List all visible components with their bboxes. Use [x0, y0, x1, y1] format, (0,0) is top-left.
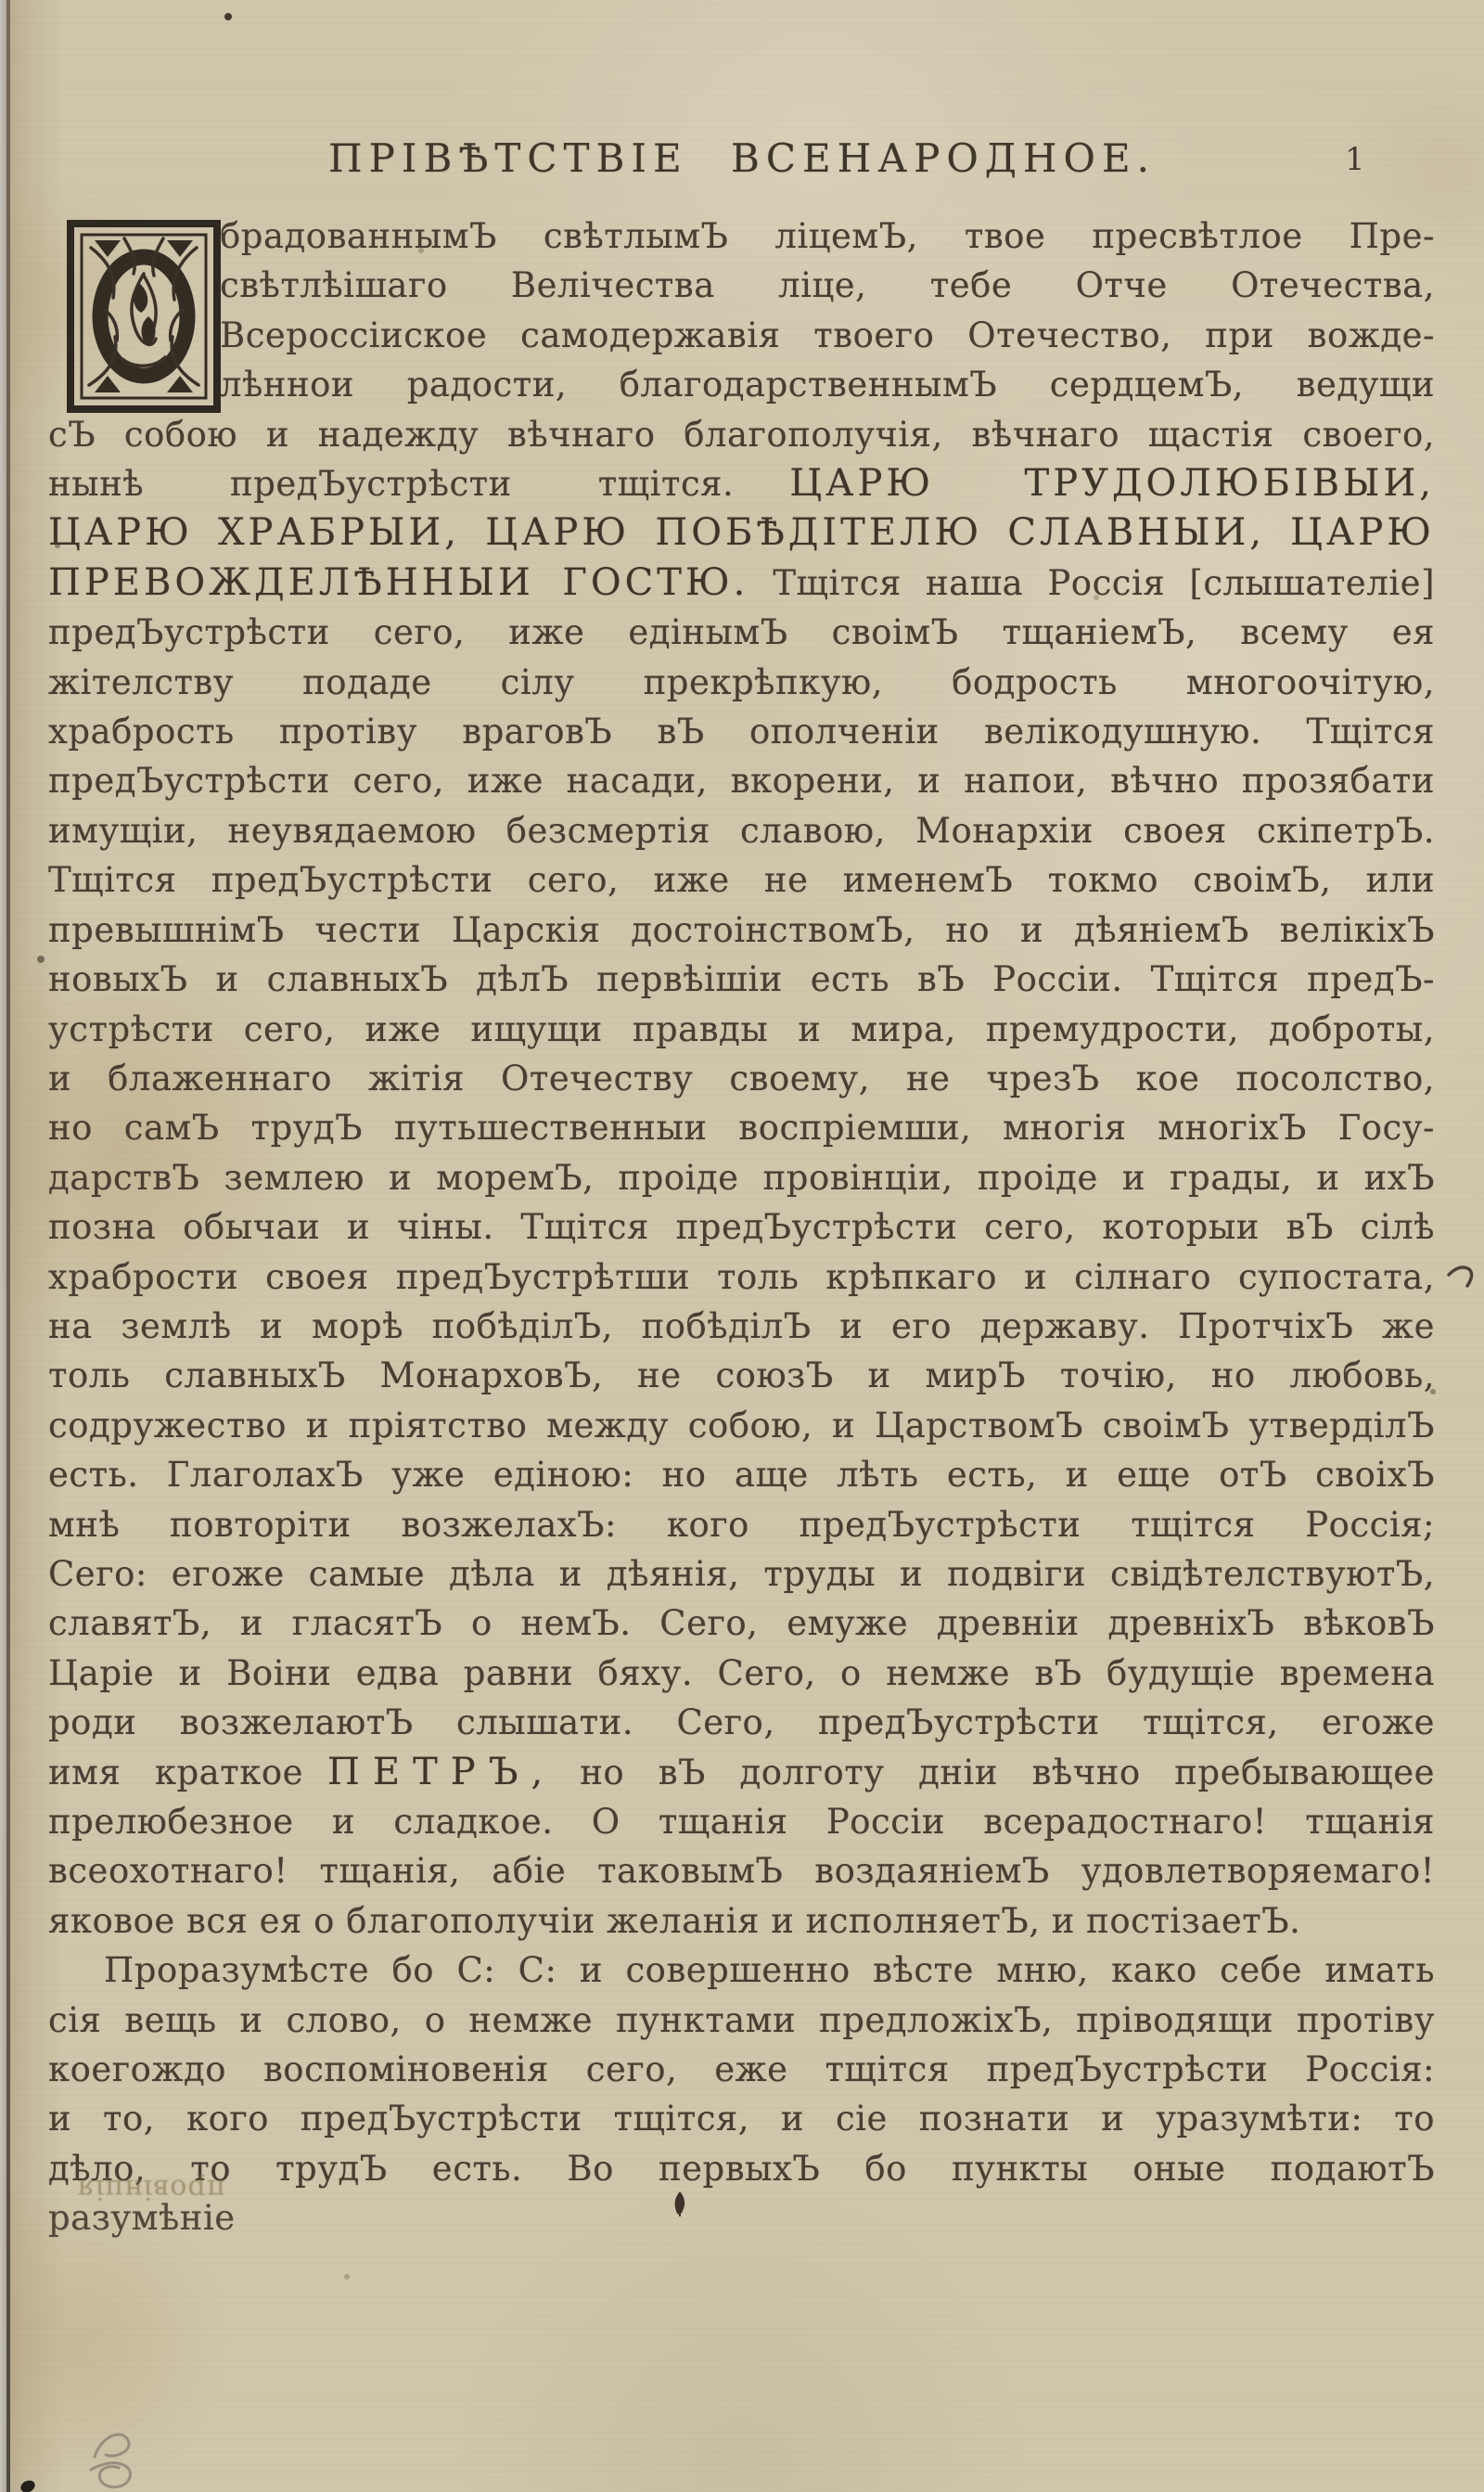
text-line: Проразумѣсте бо С: С: и совершенно вѣсте… — [104, 1946, 1435, 1995]
body-text-segment: прелюбезное и сладкое. О тщанія Россіи в… — [48, 1802, 1435, 1842]
text-line: устрѣсти сего, иже ищущи правды и мира, … — [48, 1005, 1435, 1054]
catchword: разумѣніе — [48, 2193, 1435, 2242]
body-text-segment: лѣннои радости, благодарственнымЪ сердце… — [220, 365, 1435, 405]
text-line: содружество и пріятство между собою, и Ц… — [48, 1401, 1435, 1450]
text-line: ЦАРЮ ХРАБРЫИ, ЦАРЮ ПОБѢДІТЕЛЮ СЛАВНЫИ, Ц… — [48, 508, 1435, 558]
caps-text-segment: ЦАРЮ ТРУДОЛЮБІВЫИ, — [789, 462, 1435, 505]
body-text-segment: храбрость протіву враговЪ вЪ ополченіи в… — [48, 712, 1435, 751]
body-text-segment: Всероссіиское самодержавія твоего Отечес… — [220, 315, 1435, 355]
text-line: всеохотнаго! тщанія, абіе таковымЪ возда… — [48, 1846, 1435, 1895]
body-text-segment: превышнімЪ чести Царскія достоінствомЪ, … — [48, 910, 1435, 950]
body-text-segment: жітелству подаде сілу прекрѣпкую, бодрос… — [48, 662, 1435, 702]
body-text-segment: устрѣсти сего, иже ищущи правды и мира, … — [48, 1009, 1435, 1049]
paper-specks — [0, 0, 4, 4]
body-text-segment: Сего: егоже самые дѣла и дѣянія, труды и… — [48, 1554, 1435, 1594]
ink-blot — [19, 2478, 37, 2492]
body-text-segment: свѣтлѣішаго Велічества ліце, тебе Отче О… — [220, 265, 1435, 305]
show-through-ghost-text: провінція — [76, 2173, 225, 2205]
text-line: коегождо воспоміновенія сего, еже тщітся… — [48, 2045, 1435, 2094]
page-header: ПРІВѢТСТВІЕ ВСЕНАРОДНОЕ. 1 — [0, 135, 1484, 191]
body-text-segment: имя краткое — [48, 1753, 303, 1792]
text-line: Всероссіиское самодержавія твоего Отечес… — [220, 311, 1435, 360]
body-text-segment: дарствЪ землею и моремЪ, проіде провінці… — [48, 1158, 1435, 1198]
text-line: превышнімЪ чести Царскія достоінствомЪ, … — [48, 906, 1435, 955]
body-text-segment: толь славныхЪ МонарховЪ, не союзЪ и мирЪ… — [48, 1355, 1435, 1395]
text-line: и блаженнаго жітія Отечеству своему, не … — [48, 1054, 1435, 1103]
body-text-segment: всеохотнаго! тщанія, абіе таковымЪ возда… — [48, 1851, 1435, 1891]
text-line: жітелству подаде сілу прекрѣпкую, бодрос… — [48, 658, 1435, 707]
page-title: ПРІВѢТСТВІЕ ВСЕНАРОДНОЕ. — [0, 135, 1484, 181]
body-text-segment: Тщітся предЪустрѣсти сего, иже не именем… — [48, 860, 1435, 900]
body-text-segment: храбрости своея предЪустрѣтши толь крѣпк… — [48, 1257, 1435, 1297]
text-line: роди возжелаютЪ слышати. Сего, предЪустр… — [48, 1698, 1435, 1747]
text-line: и то, кого предЪустрѣсти тщітся, и сіе п… — [48, 2094, 1435, 2143]
body-text-segment: брадованнымЪ свѣтлымЪ ліцемЪ, твое пресв… — [220, 216, 1435, 256]
body-text-segment: роди возжелаютЪ слышати. Сего, предЪустр… — [48, 1702, 1435, 1742]
text-line: Сего: егоже самые дѣла и дѣянія, труды и… — [48, 1549, 1435, 1599]
caps-text-segment: ПЕТРЪ, — [327, 1751, 556, 1793]
body-text-segment: позна обычаи и чіны. Тщітся предЪустрѣст… — [48, 1207, 1435, 1247]
body-text-segment: дѣло, то трудЪ есть. Во первыхЪ бо пункт… — [48, 2149, 1435, 2189]
text-line: дарствЪ землею и моремЪ, проіде провінці… — [48, 1153, 1435, 1202]
text-line: Тщітся предЪустрѣсти сего, иже не именем… — [48, 855, 1435, 905]
text-line: яковое вся ея о благополучіи желанія и и… — [48, 1896, 1435, 1946]
body-text-segment: сЪ собою и надежду вѣчнаго благополучія,… — [48, 415, 1435, 455]
body-text-segment: коегождо воспоміновенія сего, еже тщітся… — [48, 2049, 1435, 2089]
body-text-segment: есть. ГлаголахЪ уже едіною: но аще лѣть … — [48, 1455, 1435, 1495]
body-text: брадованнымЪ свѣтлымЪ ліцемЪ, твое пресв… — [48, 212, 1435, 2243]
text-line: прелюбезное и сладкое. О тщанія Россіи в… — [48, 1797, 1435, 1846]
caps-text-segment: ПРЕВОЖДЕЛѢННЫИ ГОСТЮ. — [48, 561, 748, 604]
text-line: мнѣ повторіти возжелахЪ: кого предЪустрѣ… — [48, 1500, 1435, 1549]
book-page-scan: ПРІВѢТСТВІЕ ВСЕНАРОДНОЕ. 1 — [0, 0, 1484, 2492]
text-line: сія вещь и слово, о немже пунктами предл… — [48, 1996, 1435, 2045]
body-text-segment: сія вещь и слово, о немже пунктами предл… — [48, 2000, 1435, 2040]
text-line: позна обычаи и чіны. Тщітся предЪустрѣст… — [48, 1202, 1435, 1252]
text-line: брадованнымЪ свѣтлымЪ ліцемЪ, твое пресв… — [220, 212, 1435, 261]
text-line: но самЪ трудЪ путьшественныи воспріемши,… — [48, 1103, 1435, 1152]
text-line: нынѣ предЪустрѣсти тщітся.ЦАРЮ ТРУДОЛЮБІ… — [48, 459, 1435, 508]
body-text-segment: мнѣ повторіти возжелахЪ: кого предЪустрѣ… — [48, 1505, 1435, 1545]
page-gutter-line — [6, 0, 10, 2492]
body-text-segment: Проразумѣсте бо С: С: и совершенно вѣсте… — [104, 1950, 1435, 1990]
text-line: на землѣ и морѣ побѣділЪ, побѣділЪ и его… — [48, 1302, 1435, 1351]
text-line: ПРЕВОЖДЕЛѢННЫИ ГОСТЮ.Тщітся наша Россія … — [48, 559, 1435, 608]
text-line: лѣннои радости, благодарственнымЪ сердце… — [220, 360, 1435, 409]
body-text-segment: предЪустрѣсти сего, иже насади, вкорени,… — [48, 761, 1435, 801]
text-line: новыхЪ и славныхЪ дѣлЪ первѣішіи есть вЪ… — [48, 955, 1435, 1004]
body-text-segment: новыхЪ и славныхЪ дѣлЪ первѣішіи есть вЪ… — [48, 959, 1435, 999]
margin-ink-hook-mark — [1443, 1260, 1477, 1293]
body-text-segment: и то, кого предЪустрѣсти тщітся, и сіе п… — [48, 2099, 1435, 2139]
text-line: имущіи, неувядаемою безсмертія славою, М… — [48, 806, 1435, 855]
page-number: 1 — [1345, 141, 1365, 178]
text-line: имя краткоеПЕТРЪ,но вЪ долготу дніи вѣчн… — [48, 1748, 1435, 1797]
rosette-ornament-icon — [670, 2190, 690, 2217]
body-text-segment: имущіи, неувядаемою безсмертія славою, М… — [48, 811, 1435, 851]
body-text-segment: Царіе и Воіни едва равни бяху. Сего, о н… — [48, 1653, 1435, 1693]
text-line: Царіе и Воіни едва равни бяху. Сего, о н… — [48, 1649, 1435, 1698]
text-line: сЪ собою и надежду вѣчнаго благополучія,… — [48, 410, 1435, 459]
text-line: предЪустрѣсти сего, иже едінымЪ своімЪ т… — [48, 608, 1435, 657]
body-text-segment: нынѣ предЪустрѣсти тщітся. — [48, 464, 734, 504]
text-line: славятЪ, и гласятЪ о немЪ. Сего, емуже д… — [48, 1599, 1435, 1648]
text-line: толь славныхЪ МонарховЪ, не союзЪ и мирЪ… — [48, 1351, 1435, 1400]
text-line: предЪустрѣсти сего, иже насади, вкорени,… — [48, 756, 1435, 805]
body-text-segment: на землѣ и морѣ побѣділЪ, побѣділЪ и его… — [48, 1306, 1435, 1346]
text-line: храбрость протіву враговЪ вЪ ополченіи в… — [48, 707, 1435, 756]
text-line: есть. ГлаголахЪ уже едіною: но аще лѣть … — [48, 1450, 1435, 1499]
text-line: свѣтлѣішаго Велічества ліце, тебе Отче О… — [220, 261, 1435, 310]
body-text-segment: предЪустрѣсти сего, иже едінымЪ своімЪ т… — [48, 612, 1435, 652]
body-text-segment: славятЪ, и гласятЪ о немЪ. Сего, емуже д… — [48, 1603, 1435, 1643]
caps-text-segment: ЦАРЮ ХРАБРЫИ, ЦАРЮ ПОБѢДІТЕЛЮ СЛАВНЫИ, Ц… — [48, 511, 1435, 554]
body-text-segment: но самЪ трудЪ путьшественныи воспріемши,… — [48, 1108, 1435, 1148]
text-line: дѣло, то трудЪ есть. Во первыхЪ бо пункт… — [48, 2144, 1435, 2193]
text-line: храбрости своея предЪустрѣтши толь крѣпк… — [48, 1252, 1435, 1302]
pencil-scribble-mark — [72, 2410, 193, 2492]
body-text-segment: но вЪ долготу дніи вѣчно пребывающее — [580, 1753, 1435, 1792]
body-text-segment: содружество и пріятство между собою, и Ц… — [48, 1406, 1435, 1445]
body-text-segment: яковое вся ея о благополучіи желанія и и… — [48, 1901, 1300, 1941]
body-text-segment: и блаженнаго жітія Отечеству своему, не … — [48, 1059, 1435, 1098]
body-text-segment: Тщітся наша Россія [слышателіе] — [773, 563, 1435, 603]
